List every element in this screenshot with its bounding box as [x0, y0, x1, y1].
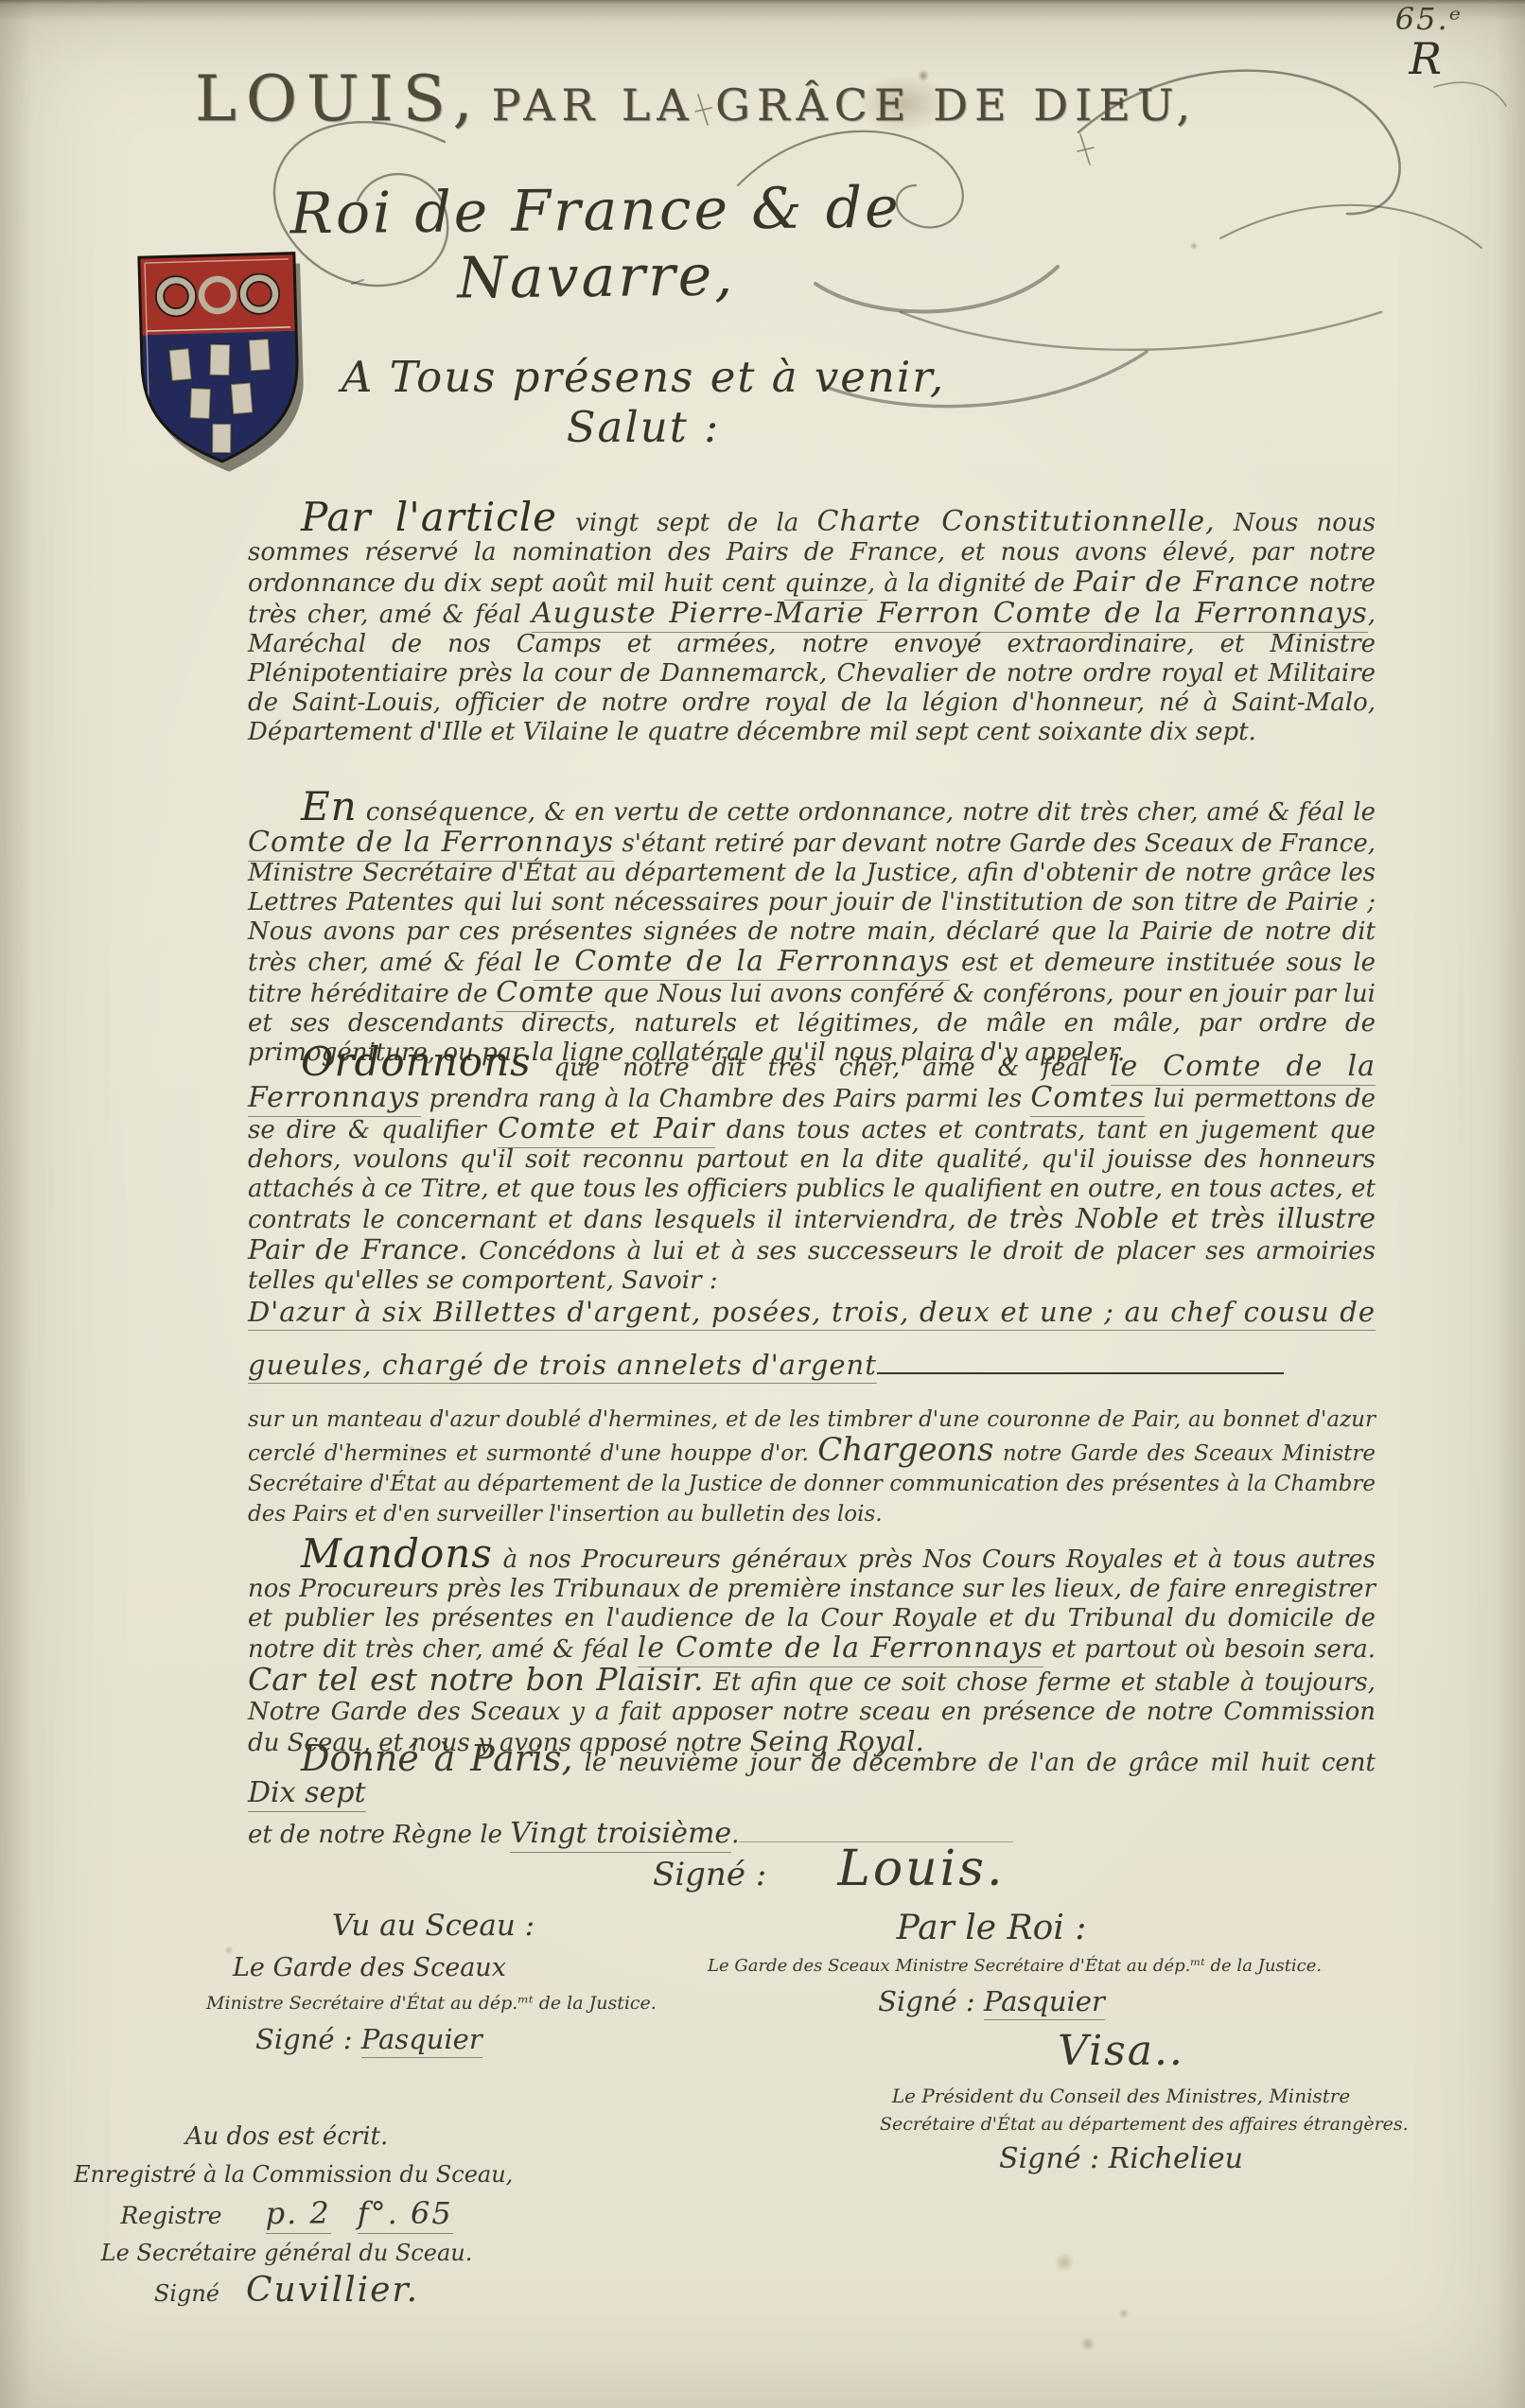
- coat-of-arms-shield: [130, 246, 307, 480]
- lead-word: Mandons: [301, 1530, 493, 1577]
- dateline-line1: Donné à Paris, le neuvième jour de décem…: [248, 1744, 1376, 1809]
- visa-block: Visa.. Le Président du Conseil des Minis…: [880, 2030, 1362, 2174]
- registration-block: Au dos est écrit. Enregistré à la Commis…: [74, 2124, 500, 2309]
- paragraph-institution: En conséquence, & en vertu de cette ordo…: [248, 787, 1376, 1068]
- pasquier-signature: Signé : Pasquier: [708, 1987, 1275, 2015]
- lead-word: Par l'article: [301, 494, 557, 540]
- registrar-paraph: R: [1395, 36, 1442, 81]
- paragraph-blazon: D'azur à six Billettes d'argent, posées,…: [248, 1285, 1376, 1391]
- countersignature-king: Par le Roi : Le Garde des Sceaux Ministr…: [708, 1911, 1275, 2015]
- register-page: p. 2: [266, 2195, 331, 2234]
- folio-number: 65.ᵉ: [1395, 4, 1463, 36]
- visa-heading: Visa..: [880, 2030, 1362, 2073]
- register-folio: f°. 65: [358, 2195, 453, 2234]
- richelieu-signature: Signé : Richelieu: [880, 2144, 1362, 2174]
- paragraph-mantle-chargeons: sur un manteau d'azur doublé d'hermines,…: [248, 1405, 1376, 1529]
- lead-word: Ordonnons: [301, 1038, 532, 1085]
- cuvillier-signature: SignéCuvillier.: [74, 2273, 500, 2309]
- coat-of-arms: [130, 246, 307, 480]
- ink-rule: [877, 1369, 1284, 1374]
- paragraph-mandons: Mandons à nos Procureurs généraux près N…: [248, 1534, 1376, 1758]
- pasquier-signature: Signé : Pasquier: [206, 2025, 660, 2053]
- salutation-line: A Tous présens et à venir, Salut :: [293, 352, 993, 452]
- seal-heading: Vu au Sceau :: [206, 1911, 660, 1942]
- king-heading: Par le Roi :: [708, 1911, 1275, 1946]
- letters-patent-document: 65.ᵉ R LOUIS,PAR LA GRÂCE DE DIEU, Roi d…: [0, 0, 1525, 2408]
- royal-signature: Signé : Louis.: [653, 1841, 1006, 1897]
- paragraph-ordonnons: Ordonnons que notre dit très cher, amé &…: [248, 1042, 1376, 1296]
- folio-annotation: 65.ᵉ R: [1395, 4, 1463, 81]
- royal-title-louis: LOUIS,: [195, 62, 482, 135]
- lead-word: Chargeons: [817, 1431, 993, 1469]
- royal-subtitle: Roi de France & de Navarre,: [283, 175, 908, 314]
- lead-word: En: [301, 783, 358, 829]
- signature-label: Signé :: [653, 1856, 766, 1893]
- register-reference: Registrep. 2f°. 65: [74, 2198, 500, 2230]
- countersignature-seal: Vu au Sceau : Le Garde des Sceaux Minist…: [206, 1911, 660, 2053]
- royal-title-rest: PAR LA GRÂCE DE DIEU,: [491, 79, 1196, 131]
- grantee-name: Auguste Pierre-Marie Ferron Comte de la …: [532, 597, 1368, 633]
- dateline: Donné à Paris, le neuvième jour de décem…: [248, 1744, 1376, 1850]
- royal-title: LOUIS,PAR LA GRÂCE DE DIEU,: [195, 62, 961, 135]
- paragraph-preamble: Par l'article vingt sept de la Charte Co…: [248, 497, 1376, 747]
- king-signature: Louis.: [837, 1841, 1005, 1897]
